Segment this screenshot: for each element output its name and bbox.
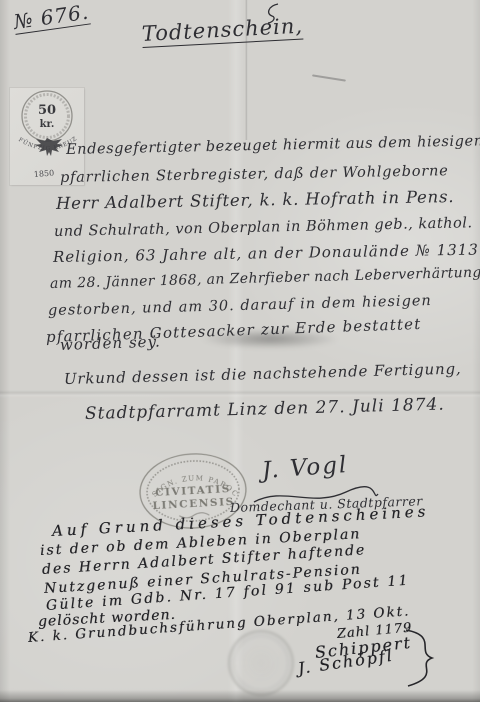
annotation-signature-2: J. Schöpfl bbox=[297, 648, 395, 677]
body-line: am 28. Jänner 1868, an Zehrfieber nach L… bbox=[50, 266, 480, 291]
stamp-unit: kr. bbox=[40, 119, 55, 130]
stamp-year: 1850 bbox=[34, 169, 55, 179]
dateline: Stadtpfarramt Linz den 27. Juli 1874. bbox=[85, 397, 445, 423]
attestation-line: Urkund dessen ist die nachstehende Ferti… bbox=[64, 362, 462, 387]
scratch-mark bbox=[312, 74, 346, 81]
document-number: № 676. bbox=[12, 2, 90, 35]
signature-brace-flourish bbox=[398, 626, 446, 690]
body-line-name: Herr Adalbert Stifter, k. k. Hofrath in … bbox=[56, 189, 455, 212]
faint-round-stamp bbox=[228, 630, 294, 696]
body-line: Religion, 63 Jahre alt, an der Donauländ… bbox=[53, 243, 479, 265]
body-line: pfarrlichen Sterbregister, daß der Wohlg… bbox=[60, 164, 449, 185]
stamp-value: 50 bbox=[38, 103, 56, 118]
signature-name: J. Vogl bbox=[261, 454, 349, 483]
document-title: Todtenschein, bbox=[141, 16, 303, 48]
body-line: Endesgefertigter bezeuget hiermit aus de… bbox=[66, 134, 480, 157]
scan-bottom-edge bbox=[0, 690, 480, 702]
scanned-death-certificate: № 676. Todtenschein, 50 kr. FÜNFZIG KREU… bbox=[0, 0, 480, 702]
body-line: worden seÿ. bbox=[60, 334, 161, 353]
body-line: und Schulrath, von Oberplan in Böhmen ge… bbox=[54, 216, 473, 239]
